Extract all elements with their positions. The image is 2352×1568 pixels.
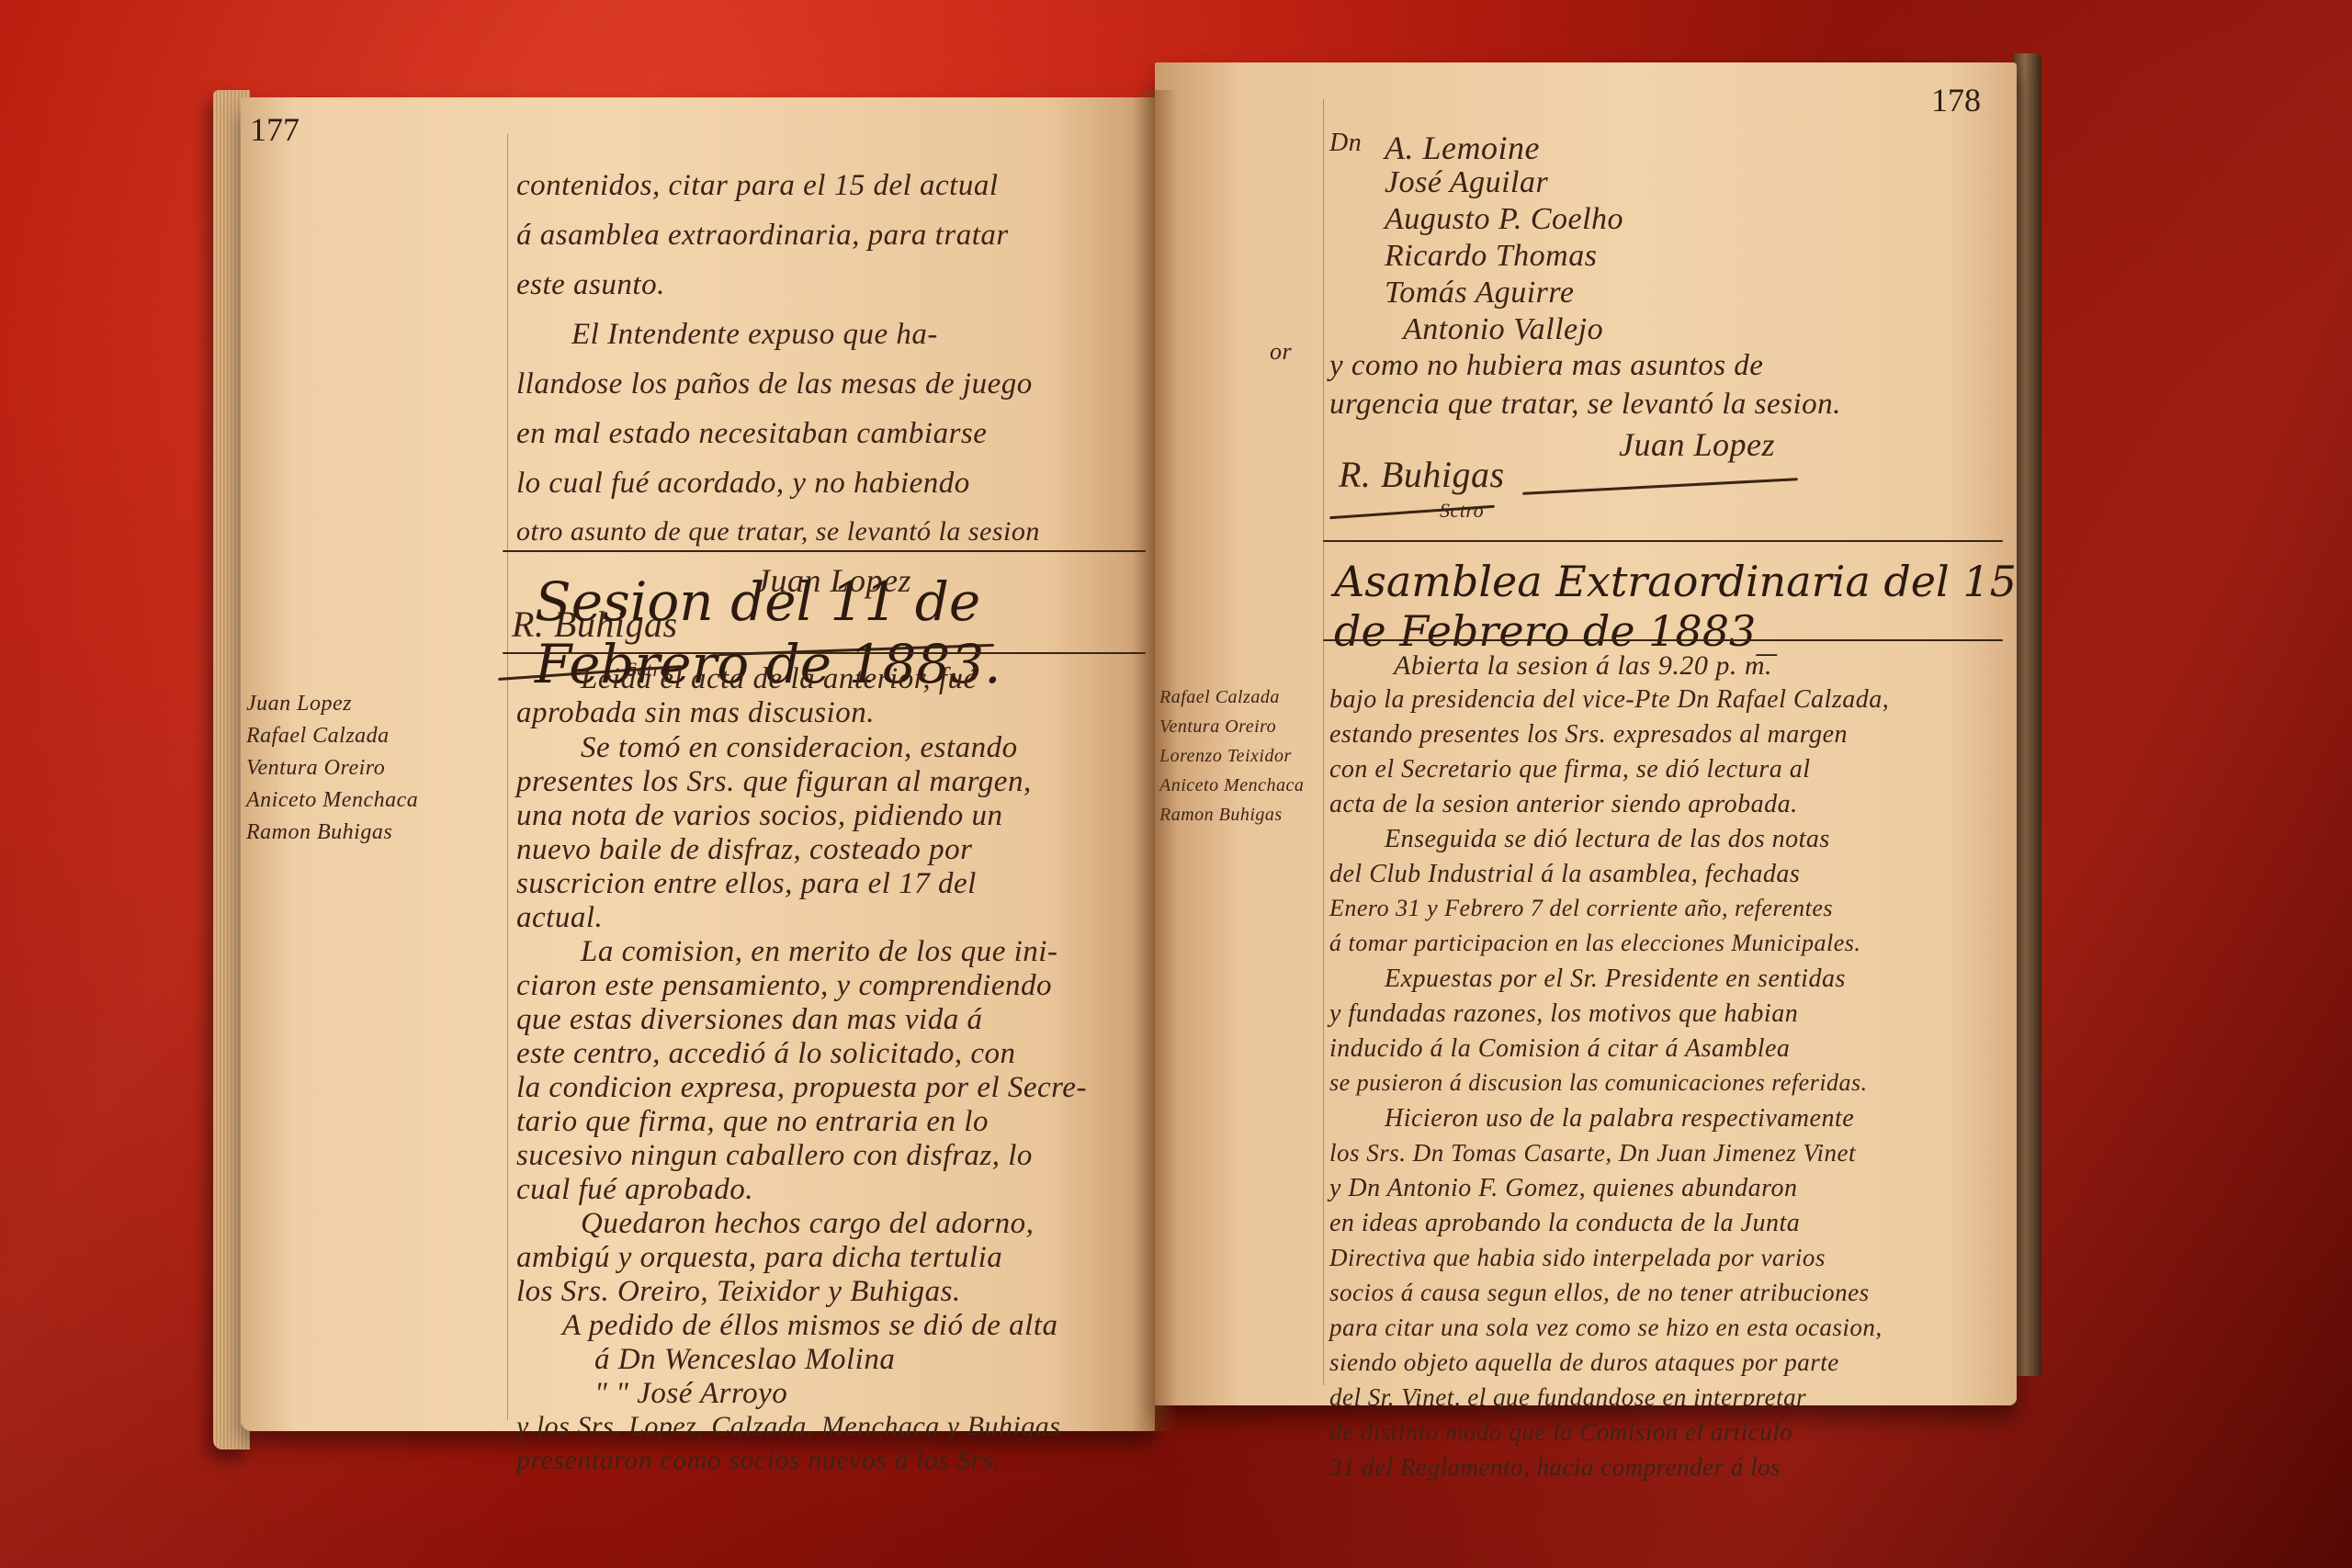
- text-line: con el Secretario que firma, se dió lect…: [1329, 755, 1811, 784]
- text-line: lo cual fué acordado, y no habiendo: [516, 467, 970, 501]
- secretary-title: Sctro: [1440, 499, 1484, 523]
- text-line: ciaron este pensamiento, y comprendiendo: [516, 969, 1052, 1003]
- margin-attendee: Ramon Buhigas: [1159, 805, 1283, 826]
- book-spine: [1132, 90, 1178, 1431]
- text-line: la condicion expresa, propuesta por el S…: [516, 1071, 1087, 1105]
- signature-flourish: [1522, 478, 1798, 495]
- title-rule-bottom: [503, 652, 1146, 654]
- text-line: " " José Arroyo: [594, 1377, 787, 1411]
- text-line: y Dn Antonio F. Gomez, quienes abundaron: [1329, 1174, 1797, 1203]
- text-line: actual.: [516, 901, 603, 935]
- member-prefix: Dn: [1329, 129, 1362, 158]
- text-line: inducido á la Comision á citar á Asamble…: [1329, 1034, 1790, 1064]
- text-line: se pusieron á discusion las comunicacion…: [1329, 1069, 1868, 1097]
- back-cover-edge: [2014, 53, 2041, 1376]
- margin-attendee: Aniceto Menchaca: [246, 788, 418, 813]
- member-name: Augusto P. Coelho: [1385, 202, 1623, 237]
- text-line: siendo objeto aquella de duros ataques p…: [1329, 1348, 1839, 1377]
- text-line: este asunto.: [516, 268, 665, 302]
- text-line: otro asunto de que tratar, se levantó la…: [516, 516, 1040, 547]
- text-line: los Srs. Dn Tomas Casarte, Dn Juan Jimen…: [1329, 1139, 1856, 1168]
- member-name: José Aguilar: [1385, 165, 1548, 200]
- text-line: á Dn Wenceslao Molina: [594, 1343, 895, 1377]
- text-line: los Srs. Oreiro, Teixidor y Buhigas.: [516, 1275, 961, 1309]
- text-line: socios á causa segun ellos, de no tener …: [1329, 1279, 1870, 1307]
- margin-rule: [1323, 99, 1324, 1385]
- text-line: cual fué aprobado.: [516, 1173, 753, 1207]
- text-line: 31 del Reglamento, hacia comprender á lo…: [1329, 1453, 1781, 1482]
- text-line: de distinto modo que la Comision el arti…: [1329, 1418, 1792, 1447]
- title-rule-bottom: [1323, 639, 2003, 641]
- margin-attendee: Rafael Calzada: [246, 724, 390, 749]
- page-number: 177: [250, 110, 300, 149]
- text-line: sucesivo ningun caballero con disfraz, l…: [516, 1139, 1033, 1173]
- text-line: Abierta la sesion á las 9.20 p. m.: [1394, 650, 1772, 682]
- text-line: estando presentes los Srs. expresados al…: [1329, 720, 1848, 750]
- text-line: presentaron como socios nuevos á los Srs…: [516, 1445, 1001, 1476]
- text-line: Quedaron hechos cargo del adorno,: [581, 1207, 1034, 1241]
- member-name: A. Lemoine: [1385, 129, 1540, 167]
- page-number: 178: [1931, 81, 1981, 119]
- text-line: suscricion entre ellos, para el 17 del: [516, 867, 977, 901]
- text-line: Enseguida se dió lectura de las dos nota…: [1385, 825, 1830, 854]
- text-line: que estas diversiones dan mas vida á: [516, 1003, 982, 1037]
- margin-attendee: Lorenzo Teixidor: [1159, 746, 1292, 767]
- margin-attendee: Aniceto Menchaca: [1159, 775, 1304, 796]
- member-name: Antonio Vallejo: [1403, 312, 1603, 347]
- margin-attendee: Juan Lopez: [246, 692, 352, 716]
- text-line: Leida el acta de la anterior, fué: [581, 662, 978, 696]
- text-line: Se tomó en consideracion, estando: [581, 731, 1018, 765]
- text-line: La comision, en merito de los que ini-: [581, 935, 1057, 969]
- text-line: á tomar participacion en las elecciones …: [1329, 930, 1860, 957]
- text-line: y como no hubiera mas asuntos de: [1329, 349, 1763, 383]
- text-line: una nota de varios socios, pidiendo un: [516, 799, 1003, 833]
- right-page: 178 Dn A. Lemoine José Aguilar Augusto P…: [1155, 62, 2017, 1405]
- text-line: para citar una sola vez como se hizo en …: [1329, 1314, 1883, 1342]
- text-line: acta de la sesion anterior siendo aproba…: [1329, 790, 1798, 819]
- text-line: del Sr. Vinet, el que fundandose en inte…: [1329, 1383, 1806, 1412]
- margin-attendee: Ramon Buhigas: [246, 820, 392, 845]
- title-rule-top: [503, 550, 1146, 552]
- text-line: Enero 31 y Febrero 7 del corriente año, …: [1329, 895, 1833, 922]
- margin-rule: [507, 134, 508, 1420]
- text-line: presentes los Srs. que figuran al margen…: [516, 765, 1032, 799]
- text-line: este centro, accedió á lo solicitado, co…: [516, 1037, 1015, 1071]
- title-rule-top: [1323, 540, 2003, 542]
- text-line: El Intendente expuso que ha-: [571, 318, 938, 352]
- margin-mark: or: [1270, 338, 1292, 366]
- text-line: llandose los paños de las mesas de juego: [516, 367, 1033, 401]
- text-line: y los Srs. Lopez, Calzada, Menchaca y Bu…: [516, 1411, 1060, 1442]
- text-line: Hicieron uso de la palabra respectivamen…: [1385, 1104, 1854, 1134]
- text-line: aprobada sin mas discusion.: [516, 696, 875, 730]
- text-line: en mal estado necesitaban cambiarse: [516, 417, 987, 451]
- text-line: nuevo baile de disfraz, costeado por: [516, 833, 972, 867]
- text-line: contenidos, citar para el 15 del actual: [516, 169, 999, 203]
- open-ledger-book: 177 contenidos, citar para el 15 del act…: [213, 53, 2041, 1482]
- text-line: bajo la presidencia del vice-Pte Dn Rafa…: [1329, 685, 1889, 715]
- member-name: Tomás Aguirre: [1385, 276, 1574, 310]
- text-line: tario que firma, que no entraria en lo: [516, 1105, 989, 1139]
- text-line: urgencia que tratar, se levantó la sesio…: [1329, 388, 1841, 422]
- text-line: A pedido de éllos mismos se dió de alta: [562, 1309, 1058, 1343]
- margin-attendee: Ventura Oreiro: [246, 756, 385, 781]
- text-line: en ideas aprobando la conducta de la Jun…: [1329, 1209, 1800, 1238]
- text-line: á asamblea extraordinaria, para tratar: [516, 219, 1009, 253]
- text-line: Expuestas por el Sr. Presidente en senti…: [1385, 964, 1846, 994]
- text-line: Directiva que habia sido interpelada por…: [1329, 1244, 1826, 1272]
- text-line: del Club Industrial á la asamblea, fecha…: [1329, 860, 1800, 889]
- text-line: y fundadas razones, los motivos que habi…: [1329, 999, 1798, 1029]
- signature-secretary: R. Buhigas: [1339, 453, 1505, 496]
- member-name: Ricardo Thomas: [1385, 239, 1597, 274]
- left-page: 177 contenidos, citar para el 15 del act…: [241, 97, 1155, 1431]
- text-line: ambigú y orquesta, para dicha tertulia: [516, 1241, 1002, 1275]
- signature-president: Juan Lopez: [1619, 425, 1775, 464]
